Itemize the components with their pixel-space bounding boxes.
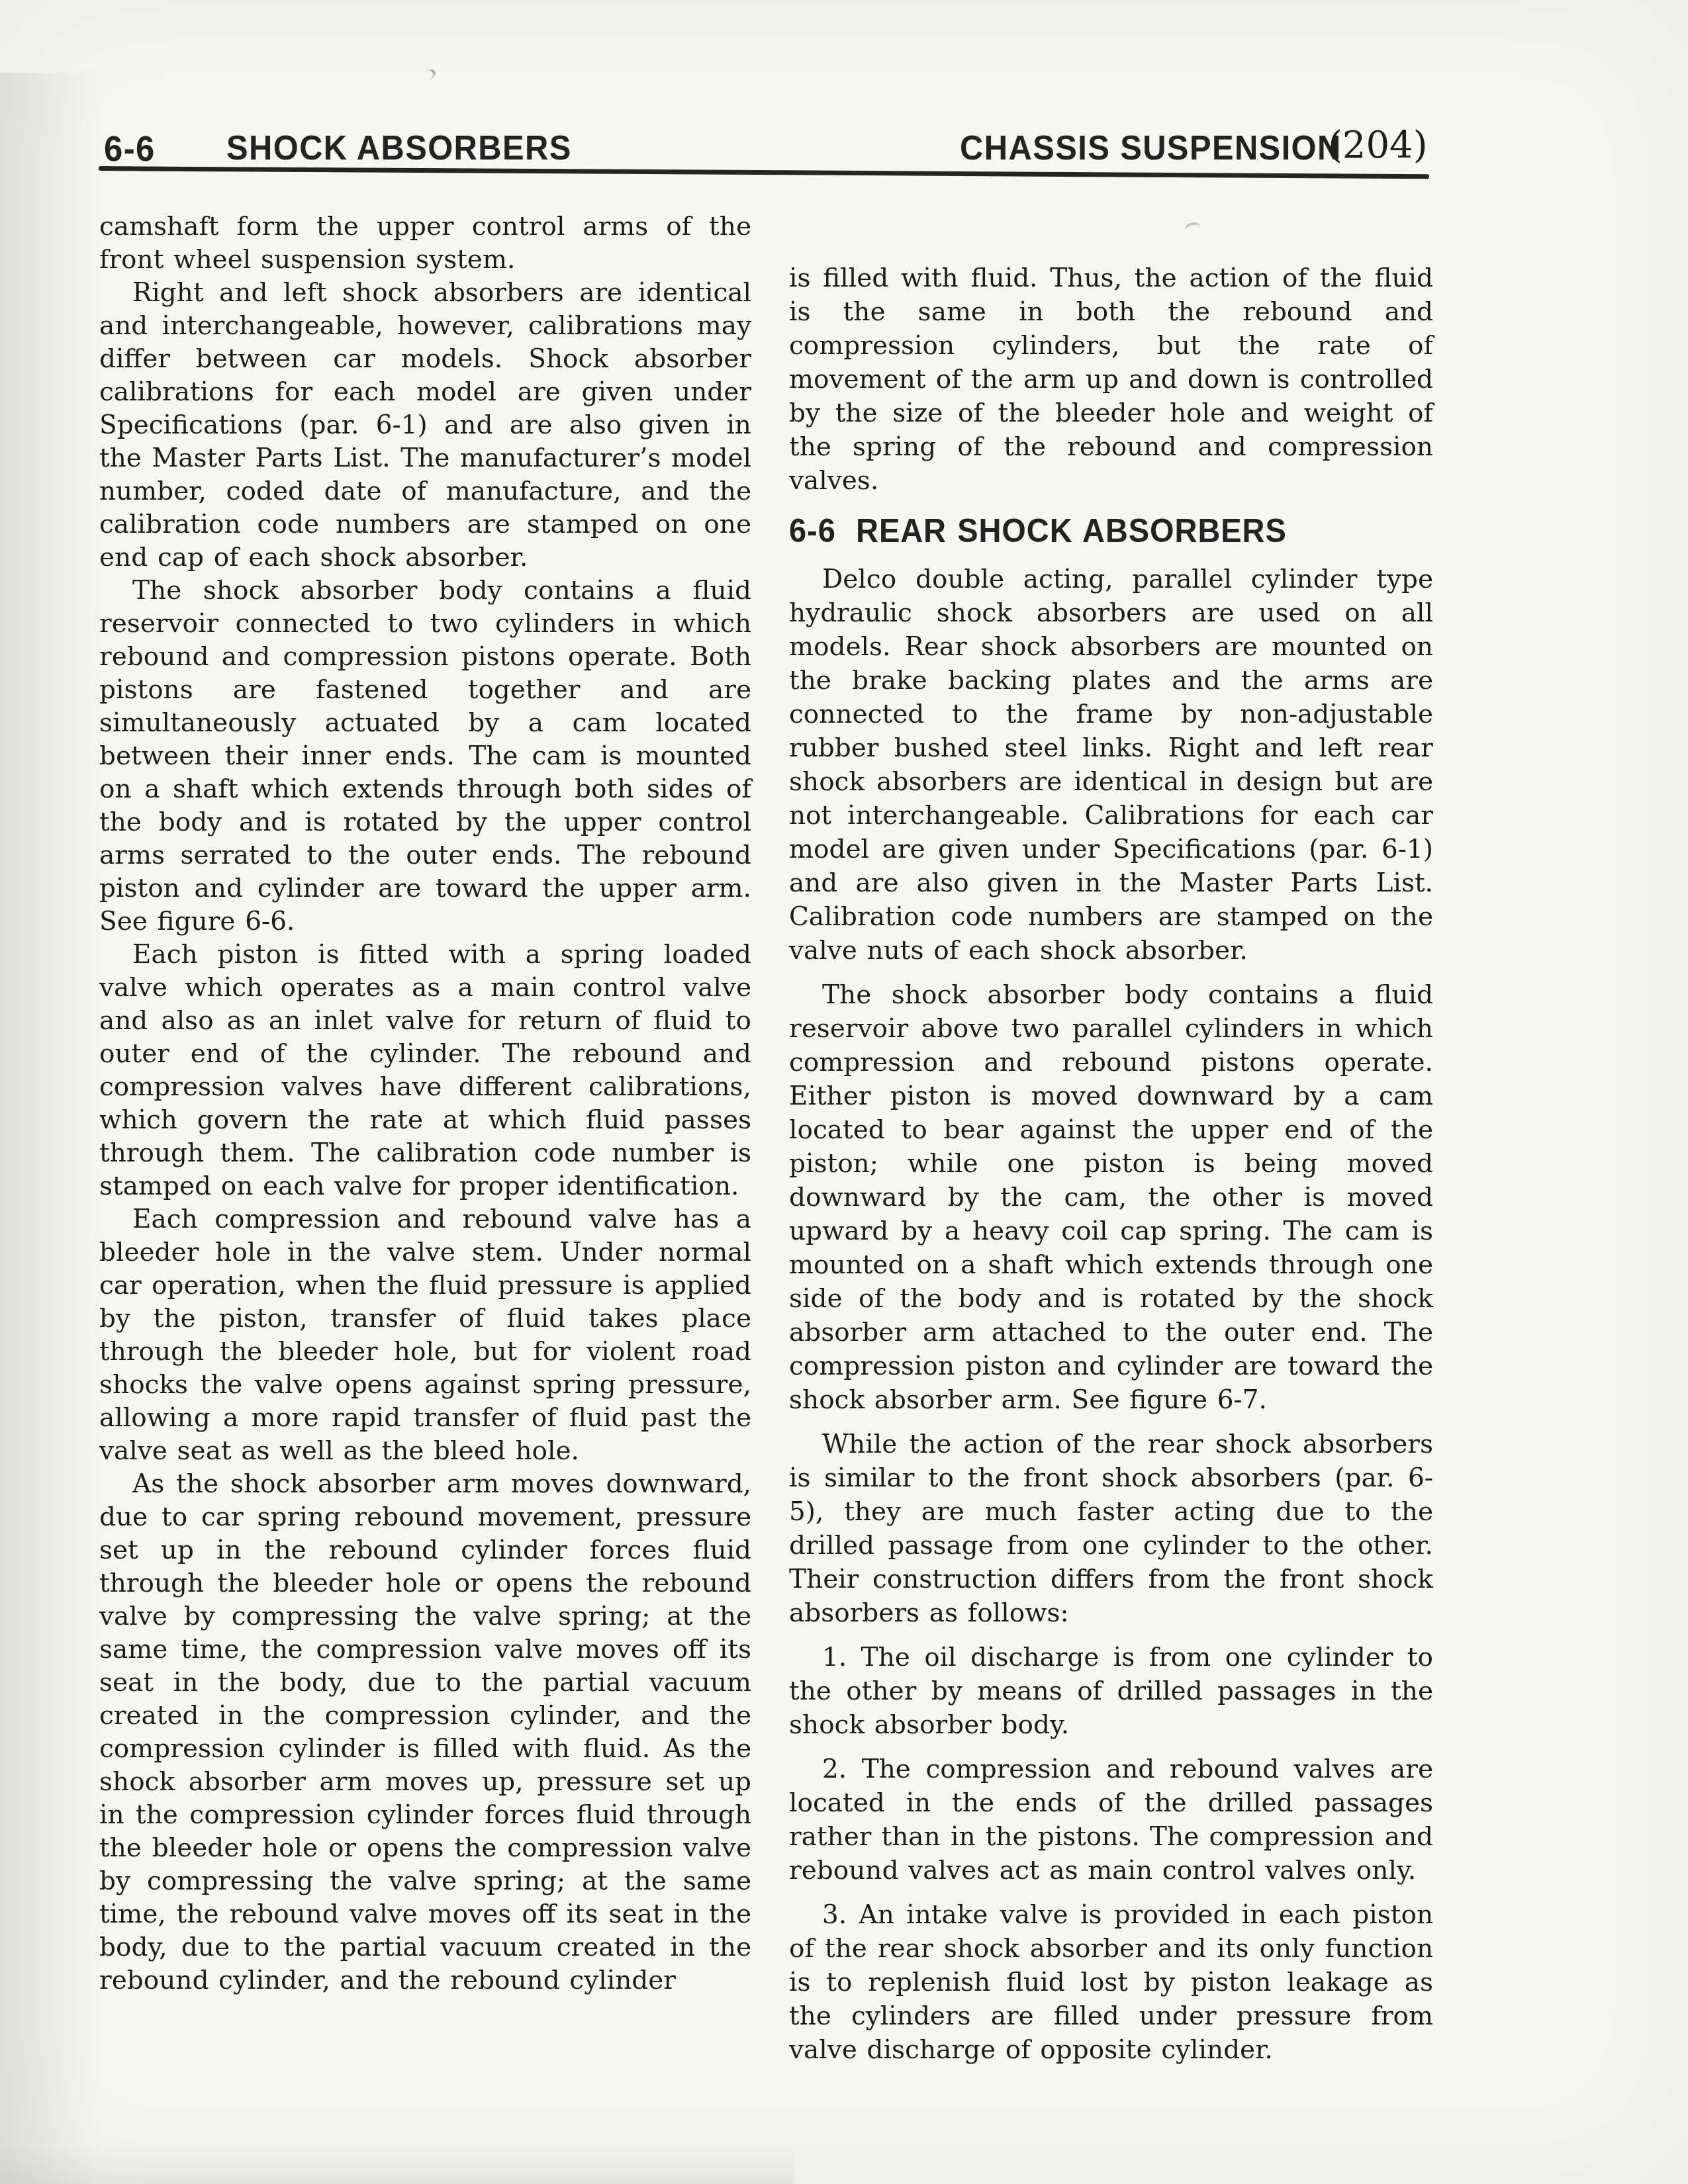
page-number: (204) xyxy=(1328,127,1428,164)
numbered-list-item: 3. An intake valve is provided in each p… xyxy=(789,1898,1433,2067)
running-head-page-number: 6-6 xyxy=(104,131,159,167)
paragraph: While the action of the rear shock absor… xyxy=(789,1428,1433,1630)
paragraph: Delco double acting, parallel cylinder t… xyxy=(789,563,1433,968)
running-head-left-title: SHOCK ABSORBERS xyxy=(226,131,594,165)
paragraph: Right and left shock absorbers are ident… xyxy=(99,277,751,574)
paragraph: Each compression and rebound valve has a… xyxy=(99,1203,751,1468)
paragraph: The shock absorber body contains a fluid… xyxy=(789,978,1433,1417)
right-column: is filled with fluid. Thus, the action o… xyxy=(789,261,1433,2067)
section-heading: 6-6REAR SHOCK ABSORBERS xyxy=(789,512,1433,549)
page-section-number: 6-6 xyxy=(104,131,156,167)
running-head-section-title: SHOCK ABSORBERS xyxy=(226,131,572,165)
paragraph: camshaft form the upper control arms of … xyxy=(99,210,751,277)
paragraph-continuation: is filled with fluid. Thus, the action o… xyxy=(789,261,1433,498)
scan-artifact-smudge xyxy=(1184,220,1202,236)
paragraph: The shock absorber body contains a fluid… xyxy=(99,574,751,938)
section-heading-number: 6-6 xyxy=(789,513,836,549)
running-head-chapter-title: CHASSIS SUSPENSION xyxy=(960,131,1342,165)
scan-artifact-smudge xyxy=(415,67,438,85)
numbered-list-item: 2. The compression and rebound valves ar… xyxy=(789,1752,1433,1888)
running-head-right-title: CHASSIS SUSPENSION xyxy=(960,131,1366,165)
manual-page: 6-6 SHOCK ABSORBERS CHASSIS SUSPENSION (… xyxy=(0,0,1688,2184)
left-column: camshaft form the upper control arms of … xyxy=(99,210,751,1997)
paragraph: Each piston is fitted with a spring load… xyxy=(99,938,751,1203)
scan-edge-shading-bottom xyxy=(0,2144,794,2184)
numbered-list-item: 1. The oil discharge is from one cylinde… xyxy=(789,1641,1433,1742)
header-rule xyxy=(99,166,1429,179)
scan-edge-shading-left xyxy=(0,73,99,2184)
paragraph: As the shock absorber arm moves downward… xyxy=(99,1468,751,1997)
section-heading-title: REAR SHOCK ABSORBERS xyxy=(856,513,1287,549)
